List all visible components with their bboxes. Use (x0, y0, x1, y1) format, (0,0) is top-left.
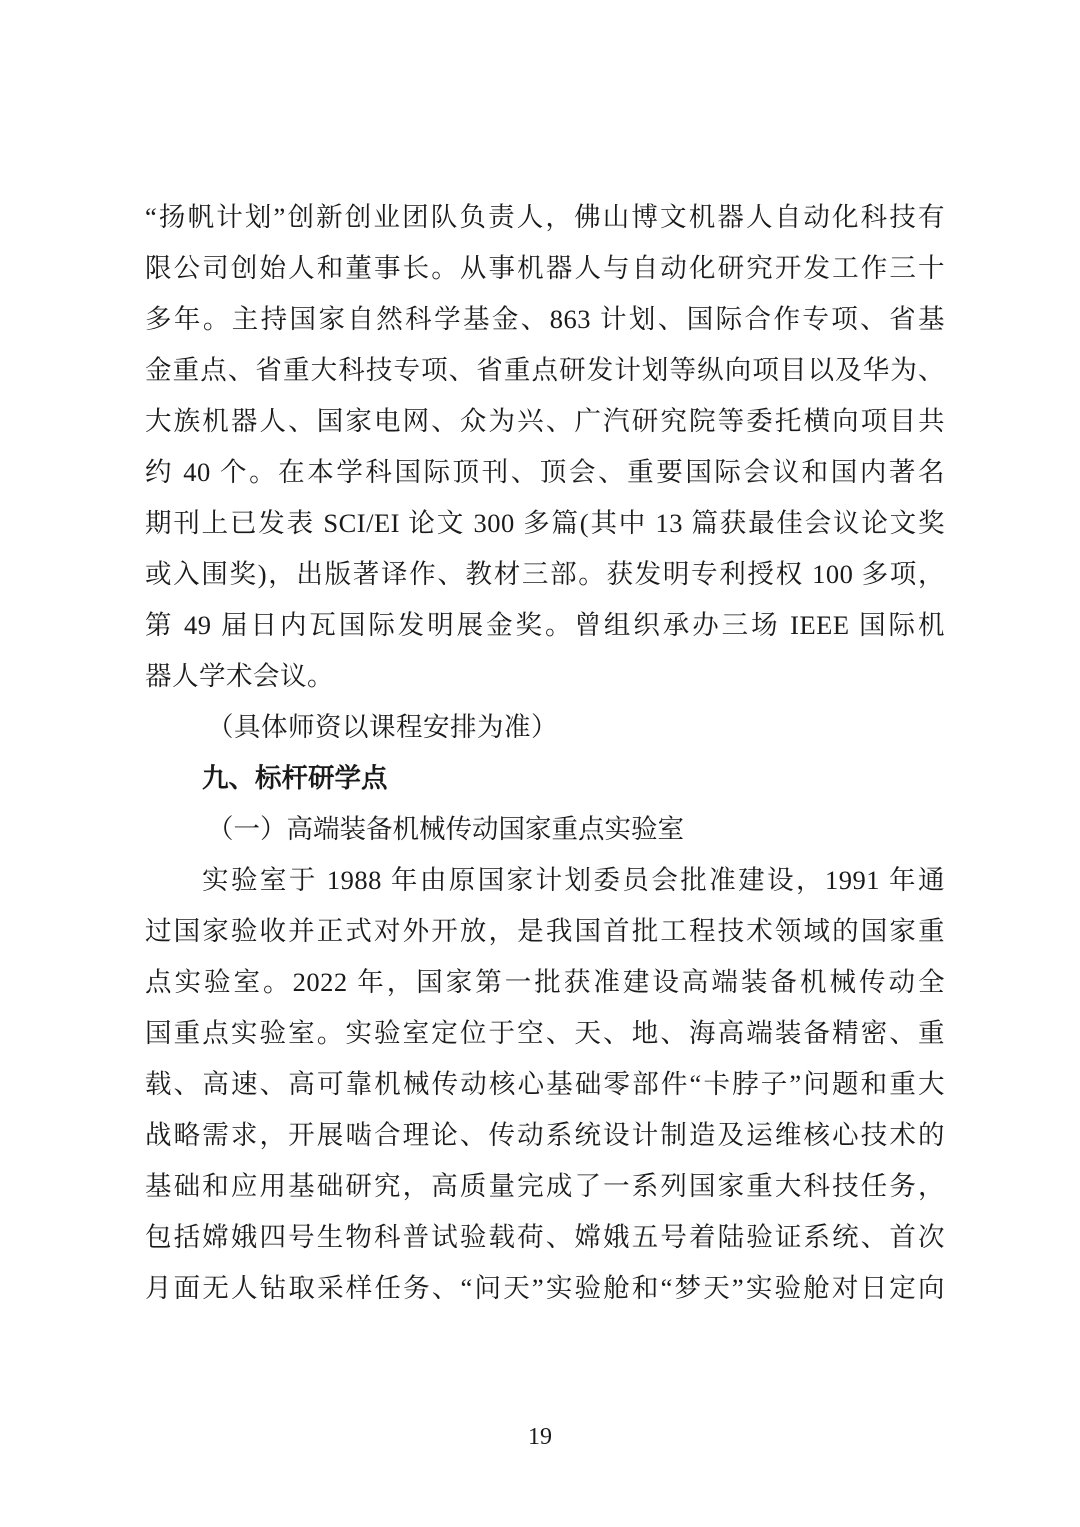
bio-paragraph: “扬帆计划”创新创业团队负责人，佛山博文机器人自动化科技有 限公司创始人和董事长… (145, 192, 945, 702)
text-line: 载、高速、高可靠机械传动核心基础零部件“卡脖子”问题和重大 (145, 1059, 945, 1110)
faculty-note: （具体师资以课程安排为准） (145, 702, 945, 753)
text-line: 大族机器人、国家电网、众为兴、广汽研究院等委托横向项目共 (145, 396, 945, 447)
text-line: 国重点实验室。实验室定位于空、天、地、海高端装备精密、重 (145, 1008, 945, 1059)
text-line: 期刊上已发表 SCI/EI 论文 300 多篇(其中 13 篇获最佳会议论文奖 (145, 498, 945, 549)
text-line: 实验室于 1988 年由原国家计划委员会批准建设，1991 年通 (145, 855, 945, 906)
text-line: 金重点、省重大科技专项、省重点研发计划等纵向项目以及华为、 (145, 345, 945, 396)
text-line: “扬帆计划”创新创业团队负责人，佛山博文机器人自动化科技有 (145, 192, 945, 243)
text-line: 点实验室。2022 年，国家第一批获准建设高端装备机械传动全 (145, 957, 945, 1008)
text-line: 多年。主持国家自然科学基金、863 计划、国际合作专项、省基 (145, 294, 945, 345)
text-line: 器人学术会议。 (145, 651, 945, 702)
section-heading: 九、标杆研学点 (145, 753, 945, 804)
text-line: 或入围奖)，出版著译作、教材三部。获发明专利授权 100 多项， (145, 549, 945, 600)
text-line: 限公司创始人和董事长。从事机器人与自动化研究开发工作三十 (145, 243, 945, 294)
text-line: 战略需求，开展啮合理论、传动系统设计制造及运维核心技术的 (145, 1110, 945, 1161)
text-line: 基础和应用基础研究，高质量完成了一系列国家重大科技任务， (145, 1161, 945, 1212)
page-number: 19 (0, 1424, 1080, 1451)
text-line: 月面无人钻取采样任务、“问天”实验舱和“梦天”实验舱对日定向 (145, 1263, 945, 1314)
text-line: 过国家验收并正式对外开放，是我国首批工程技术领域的国家重 (145, 906, 945, 957)
document-page: “扬帆计划”创新创业团队负责人，佛山博文机器人自动化科技有 限公司创始人和董事长… (145, 192, 945, 1314)
text-line: 约 40 个。在本学科国际顶刊、顶会、重要国际会议和国内著名 (145, 447, 945, 498)
subsection-heading: （一）高端装备机械传动国家重点实验室 (145, 804, 945, 855)
text-line: 包括嫦娥四号生物科普试验载荷、嫦娥五号着陆验证系统、首次 (145, 1212, 945, 1263)
text-line: 第 49 届日内瓦国际发明展金奖。曾组织承办三场 IEEE 国际机 (145, 600, 945, 651)
lab-paragraph: 实验室于 1988 年由原国家计划委员会批准建设，1991 年通 过国家验收并正… (145, 855, 945, 1314)
